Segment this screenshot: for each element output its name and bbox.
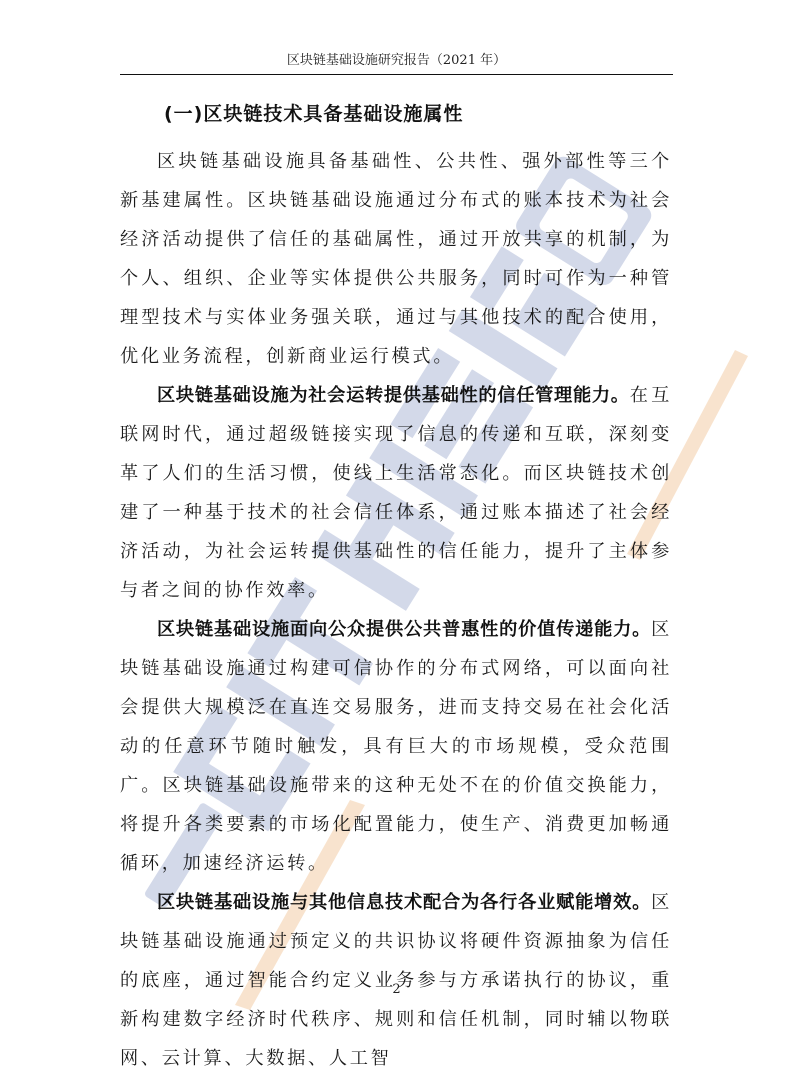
page-content: (一)区块链技术具备基础设施属性 区块链基础设施具备基础性、公共性、强外部性等三… <box>120 100 672 1077</box>
paragraph-text: 区块链基础设施通过预定义的共识协议将硬件资源抽象为信任的底座，通过智能合约定义业… <box>120 892 672 1069</box>
paragraph-text: 区块链基础设施通过构建可信协作的分布式网络，可以面向社会提供大规模泛在直连交易服… <box>120 619 672 874</box>
running-header: 区块链基础设施研究报告（2021 年） <box>120 52 673 75</box>
paragraph-lead: 区块链基础设施面向公众提供公共普惠性的价值传递能力。 <box>157 619 651 640</box>
page-number: 2 <box>0 982 793 997</box>
paragraph-1: 区块链基础设施具备基础性、公共性、强外部性等三个新基建属性。区块链基础设施通过分… <box>120 142 672 376</box>
paragraph-3: 区块链基础设施面向公众提供公共普惠性的价值传递能力。区块链基础设施通过构建可信协… <box>120 610 672 883</box>
paragraph-text: 区块链基础设施具备基础性、公共性、强外部性等三个新基建属性。区块链基础设施通过分… <box>120 151 672 367</box>
section-title: (一)区块链技术具备基础设施属性 <box>164 100 672 128</box>
paragraph-4: 区块链基础设施与其他信息技术配合为各行各业赋能增效。区块链基础设施通过预定义的共… <box>120 883 672 1077</box>
paragraph-lead: 区块链基础设施与其他信息技术配合为各行各业赋能增效。 <box>157 892 651 913</box>
paragraph-2: 区块链基础设施为社会运转提供基础性的信任管理能力。在互联网时代，通过超级链接实现… <box>120 376 672 610</box>
paragraph-lead: 区块链基础设施为社会运转提供基础性的信任管理能力。 <box>157 385 630 406</box>
paragraph-text: 在互联网时代，通过超级链接实现了信息的传递和互联，深刻变革了人们的生活习惯，使线… <box>120 385 672 601</box>
